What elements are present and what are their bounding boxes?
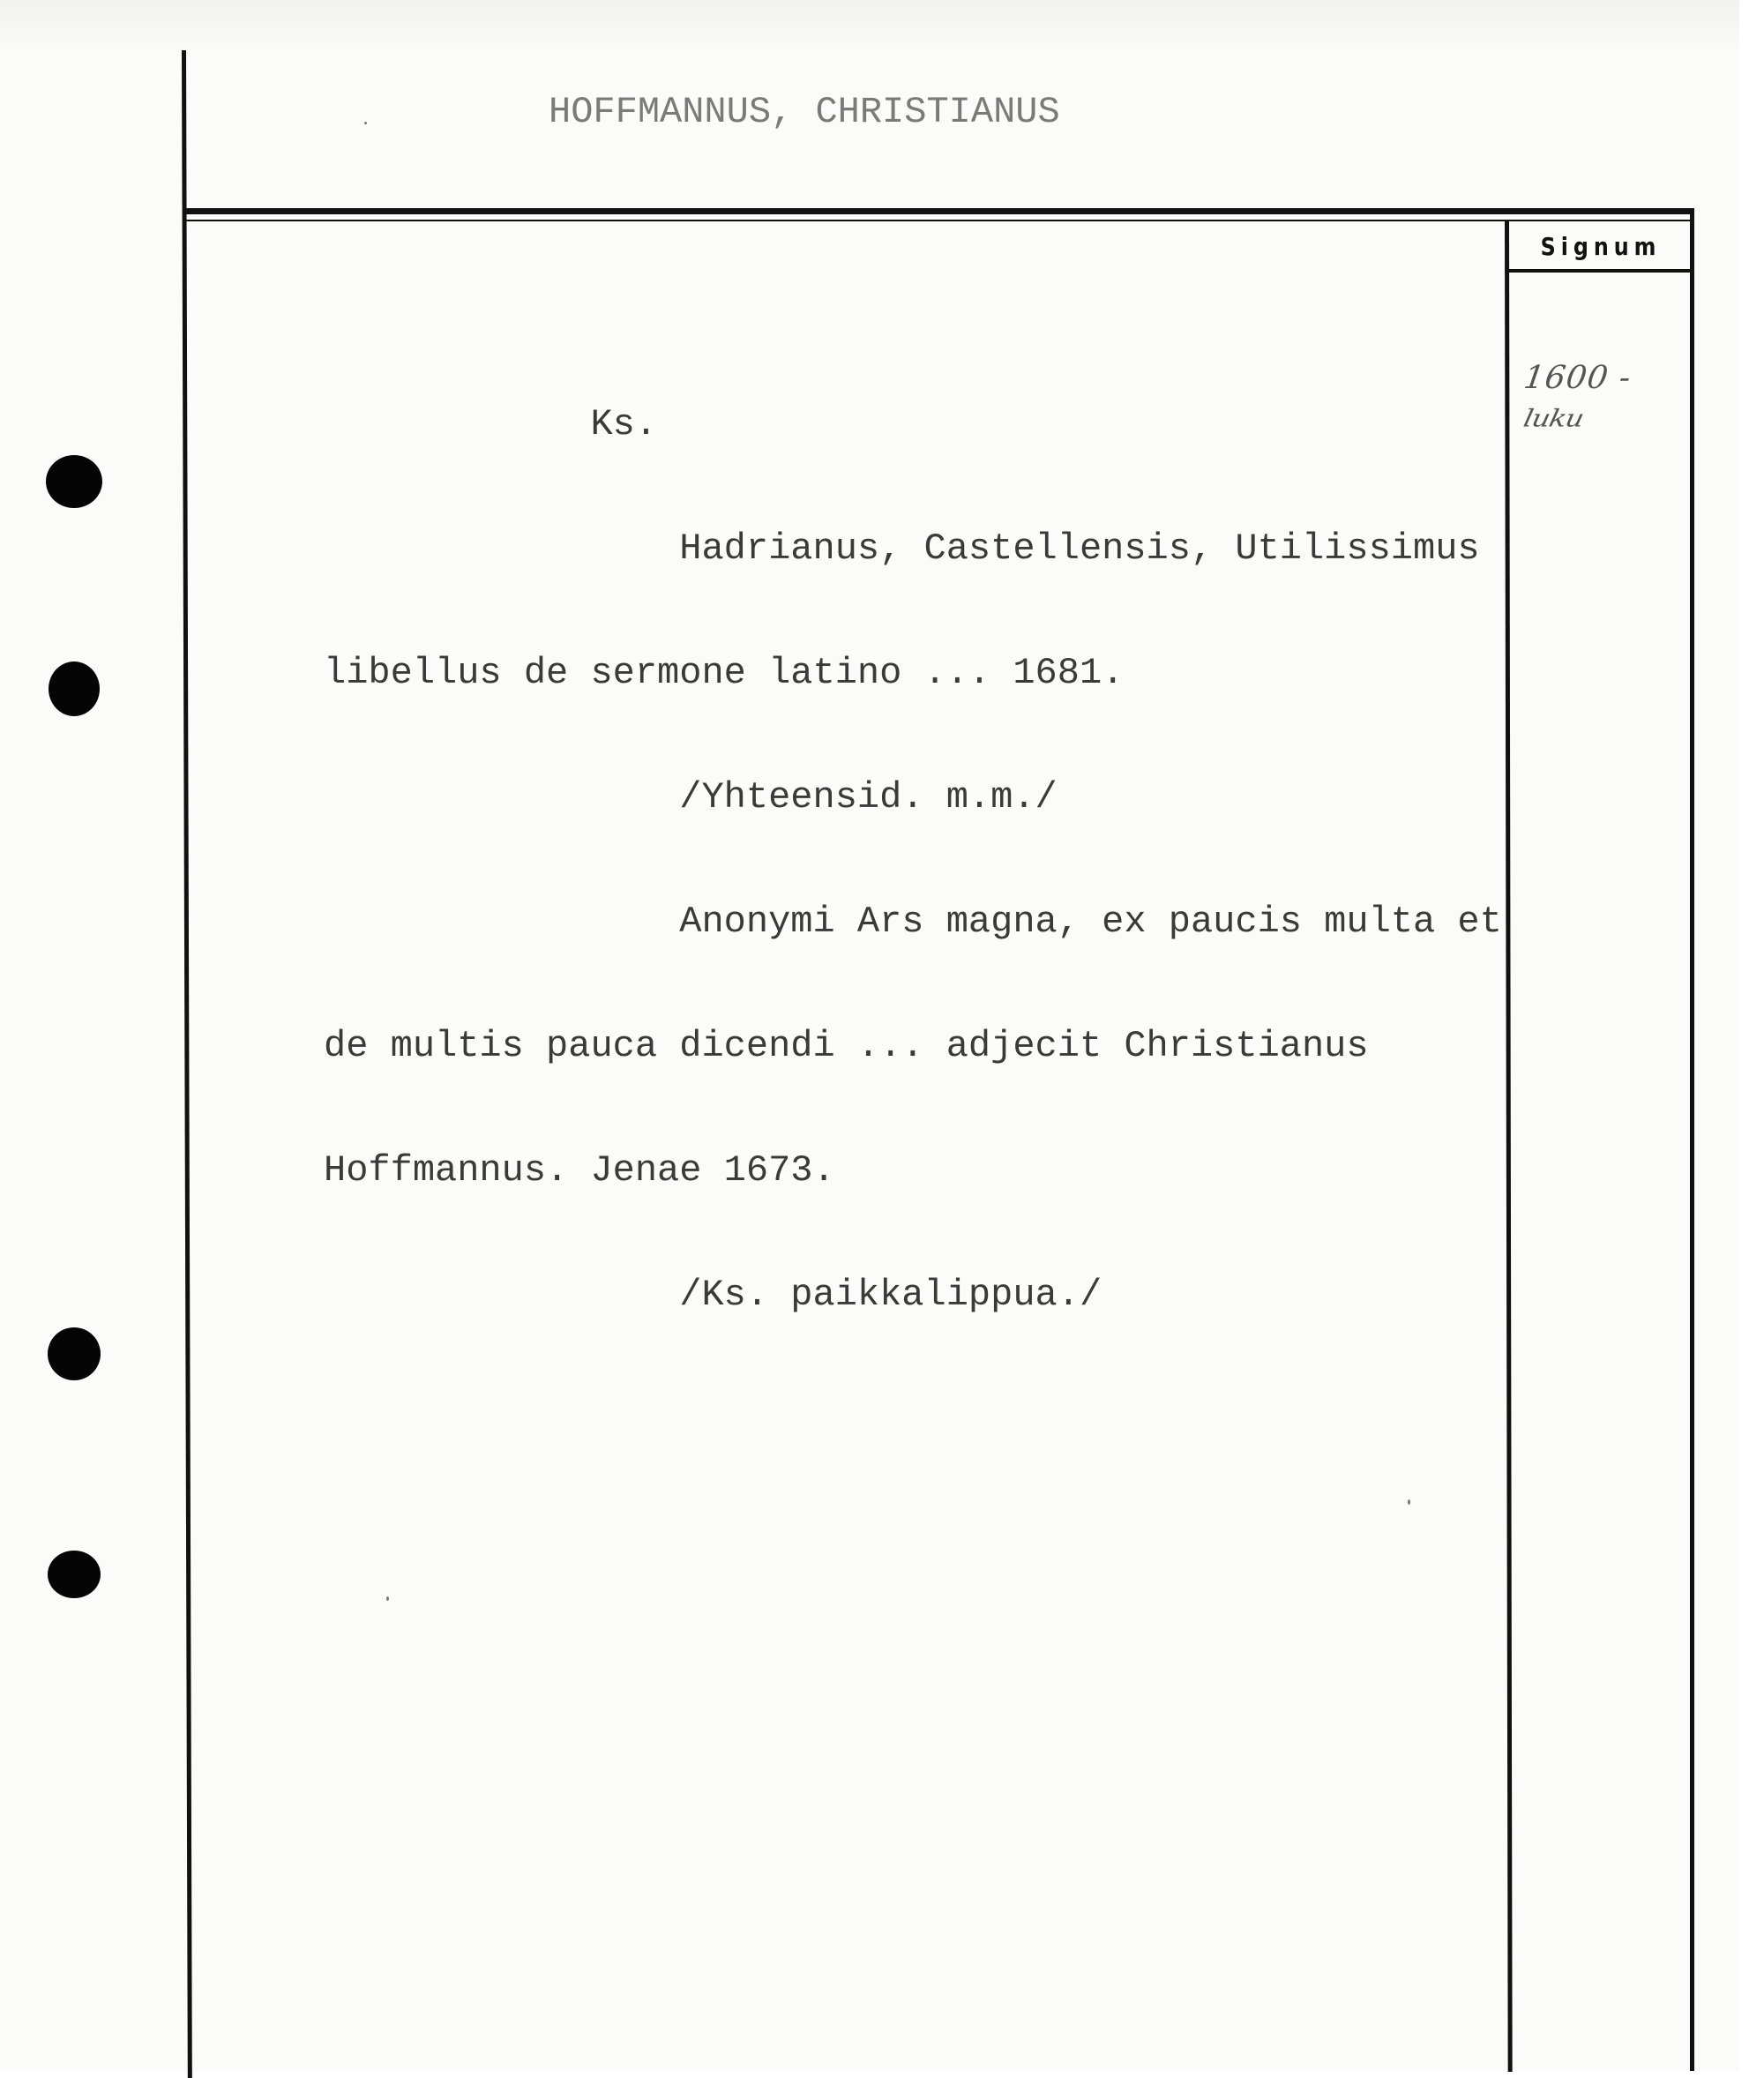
punch-hole-icon <box>49 662 100 716</box>
card-heading: HOFFMANNUS, CHRISTIANUS <box>549 92 1060 133</box>
scan-edge <box>0 0 1739 53</box>
see-also-label: Ks. <box>324 404 1502 445</box>
reference-1-line-1: Hadrianus, Castellensis, Utilissimus <box>324 528 1502 570</box>
punch-hole-icon <box>48 1327 101 1380</box>
card-body: Ks. Hadrianus, Castellensis, Utilissimus… <box>324 321 1502 1399</box>
punch-hole-icon <box>46 455 102 508</box>
left-margin-rule <box>182 50 192 2078</box>
scan-speck <box>386 1596 389 1601</box>
signum-left-rule <box>1505 220 1513 2072</box>
scan-speck <box>364 122 367 124</box>
handwritten-century-note: 1600 - <box>1521 360 1633 396</box>
reference-1-line-2: libellus de sermone latino ... 1681. <box>324 653 1502 694</box>
reference-1-note: /Yhteensid. m.m./ <box>324 777 1502 818</box>
signum-right-rule <box>1690 208 1694 2071</box>
reference-2-line-3: Hoffmannus. Jenae 1673. <box>324 1150 1502 1192</box>
header-rule-thin <box>185 220 1693 221</box>
reference-2-line-1: Anonymi Ars magna, ex paucis multa et <box>324 901 1502 943</box>
handwritten-century-note-suffix: luku <box>1521 404 1587 432</box>
reference-2-note: /Ks. paikkalippua./ <box>324 1274 1502 1316</box>
header-rule-thick <box>183 208 1694 214</box>
punch-hole-icon <box>48 1551 101 1598</box>
catalog-card: HOFFMANNUS, CHRISTIANUS Signum 1600 - lu… <box>0 0 1739 2071</box>
scan-speck <box>1408 1499 1410 1505</box>
reference-2-line-2: de multis pauca dicendi ... adjecit Chri… <box>324 1026 1502 1067</box>
signum-column-header: Signum <box>1522 222 1680 271</box>
